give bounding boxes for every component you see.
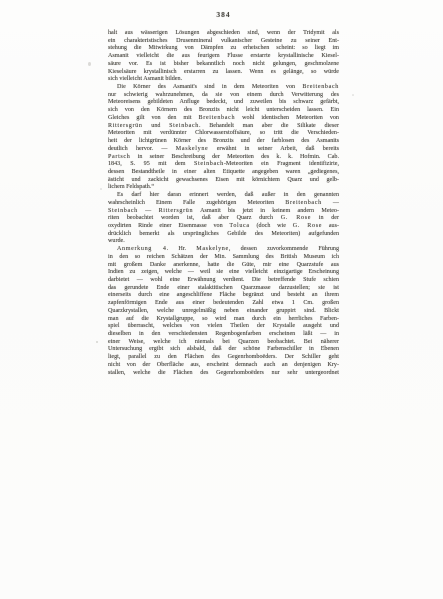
text-line: 1843, S. 95 mit dem Steinbach-Meteoriten…: [108, 161, 339, 169]
text-line: liegt, parallel zu den Flächen des Gegen…: [108, 354, 339, 362]
text-line: stehung die Mitwirkung von Dämpfen zu er…: [108, 45, 339, 53]
text-line: Es darf hier daran erinnert werden, daß …: [108, 192, 339, 200]
text-line: wahrscheinlich Einem Falle zugehörigen M…: [108, 200, 339, 208]
text-line: lichem Feldspath.“: [108, 184, 339, 192]
text-line: sich vielleicht Asmanit bilden.: [108, 76, 339, 84]
text-line: nicht von der Oberfläche aus, erscheint …: [108, 362, 339, 370]
text-line: Meteoriten mit verdünnter Chlorwassersto…: [108, 130, 339, 138]
text-line: Asmanit vielleicht die aus feurigem Flus…: [108, 53, 339, 61]
text-line: deutlich hervor. — Maskelyne erwähnt in …: [108, 146, 339, 154]
text-line: dessen Bestandtheile in einer alten Etiq…: [108, 169, 339, 177]
text-line: Anmerkung 4. Hr. Maskelyne, dessen zuvor…: [108, 246, 339, 254]
text-line: halt aus wässerigen Lösungen abgeschiede…: [108, 30, 339, 38]
scanned-book-page: 384 halt aus wässerigen Lösungen abgesch…: [0, 0, 443, 599]
text-line: zapfenförmigen Ende aus einer bedeutende…: [108, 300, 339, 308]
text-line: oxydirten Rinde einer Eisenmasse von Tol…: [108, 223, 339, 231]
paragraph: Die Körner des Asmanit's sind in dem Met…: [108, 84, 339, 192]
text-line: Die Körner des Asmanit's sind in dem Met…: [108, 84, 339, 92]
paragraph: Anmerkung 4. Hr. Maskelyne, dessen zuvor…: [108, 246, 339, 377]
text-block: halt aus wässerigen Lösungen abgeschiede…: [108, 30, 339, 377]
text-line: stallen, welche die Flächen des Gegenrho…: [108, 370, 339, 378]
text-line: riten beobachtet worden ist, daß aber Qu…: [108, 215, 339, 223]
text-line: Indien zu zeigen, welche — weil sie eine…: [108, 269, 339, 277]
text-line: Quarzkrystallen, welche unregelmäßig neb…: [108, 308, 339, 316]
paragraph: halt aus wässerigen Lösungen abgeschiede…: [108, 30, 339, 84]
scan-speck: [96, 341, 98, 343]
scan-speck: [352, 94, 354, 96]
text-line: Gleiches gilt von den mit Breitenbach wo…: [108, 115, 339, 123]
paragraph: Es darf hier daran erinnert werden, daß …: [108, 192, 339, 246]
text-line: einerseits durch eine angeschliffene Flä…: [108, 292, 339, 300]
text-line: in den so reichen Schätzen der Min. Samm…: [108, 254, 339, 262]
text-line: darbietet — wohl eine Erwähnung verdient…: [108, 277, 339, 285]
scan-speck: [100, 188, 102, 190]
text-line: säure vor. Es ist bisher bekanntlich noc…: [108, 61, 339, 69]
scan-speck: [88, 62, 91, 66]
text-line: dieselben in den verschiedensten Regenbo…: [108, 331, 339, 339]
page-number: 384: [108, 10, 339, 19]
text-line: wurde.: [108, 238, 339, 246]
text-line: heit der lichtgrünen Körner des Bronzits…: [108, 138, 339, 146]
text-line: drücklich bemerkt als ursprüngliches Geb…: [108, 231, 339, 239]
text-line: spiel überrascht, welches von vielen The…: [108, 323, 339, 331]
text-line: sich von den Körnern des Bronzits nicht …: [108, 107, 339, 115]
